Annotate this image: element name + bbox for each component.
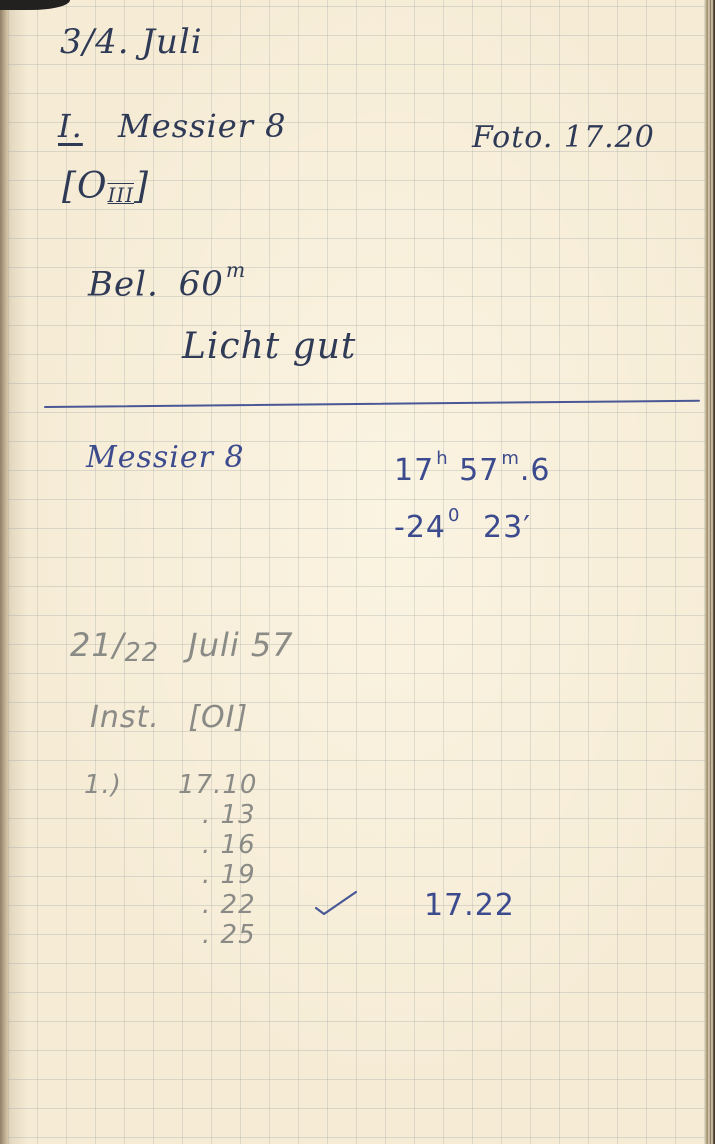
dec-minutes: 23	[483, 510, 523, 545]
ra-hours: 17	[394, 453, 434, 488]
selected-time: 17.22	[424, 888, 515, 923]
section-divider	[44, 400, 700, 408]
entry1-date: 3/4. Juli	[60, 22, 203, 62]
filter-element: O	[77, 166, 108, 207]
notebook-page: 3/4. Juli I. Messier 8 Foto. 17.20 [OIII…	[0, 0, 715, 1144]
binding-gutter	[0, 0, 10, 1144]
time-entry-2: . 16	[202, 830, 256, 860]
dec-degree-unit: 0	[448, 505, 460, 526]
filter-ion: III	[108, 184, 134, 207]
filter-open-bracket: [	[62, 166, 77, 207]
ra-minutes: 57	[459, 453, 499, 488]
ra-minutes-unit: m	[501, 448, 520, 469]
checkmark-icon	[314, 888, 358, 916]
entry1-note: Licht gut	[182, 326, 356, 367]
exposure-unit: m	[226, 258, 246, 282]
time-entry-4: . 22	[202, 890, 256, 920]
dec-minutes-unit: ′	[523, 510, 531, 545]
entry2-filter-line: Inst. [OI]	[90, 700, 248, 735]
exposure-value: 60	[179, 264, 224, 304]
ra-decimal: .6	[520, 453, 551, 488]
filter-close-bracket: ]	[134, 166, 149, 207]
entry1-object-line: I. Messier 8	[58, 107, 287, 145]
entry1-number: I.	[58, 107, 83, 145]
notebook-cover-corner	[0, 0, 70, 10]
entry2-instrument-label: Inst.	[90, 700, 160, 735]
exposure-label: Bel.	[88, 264, 159, 304]
entry1-exposure: Bel. 60m	[88, 258, 246, 304]
entry2-date-day: 21/	[70, 626, 125, 664]
page-stack-edge	[705, 0, 715, 1144]
dec-degrees: -24	[394, 510, 446, 545]
ra-hours-unit: h	[436, 448, 448, 469]
declination: -240 23′	[394, 505, 531, 545]
right-ascension: 17h 57m.6	[394, 448, 551, 488]
entry2-date-day2: 22	[125, 638, 160, 668]
time-entry-0: 17.10	[178, 770, 257, 800]
entry1-exposure-start: Foto. 17.20	[472, 120, 655, 155]
time-entry-3: . 19	[202, 860, 256, 890]
entry2-filter: [OI]	[188, 700, 248, 735]
entry2-date: 21/22 Juli 57	[70, 626, 294, 668]
time-entry-5: . 25	[202, 920, 256, 950]
entry1-filter: [OIII]	[62, 166, 149, 207]
time-entry-1: . 13	[202, 800, 256, 830]
coordinates-object: Messier 8	[86, 440, 245, 475]
entry2-series-label: 1.)	[84, 770, 122, 800]
entry1-object: Messier 8	[118, 107, 287, 145]
entry2-month-year: Juli 57	[188, 626, 293, 664]
